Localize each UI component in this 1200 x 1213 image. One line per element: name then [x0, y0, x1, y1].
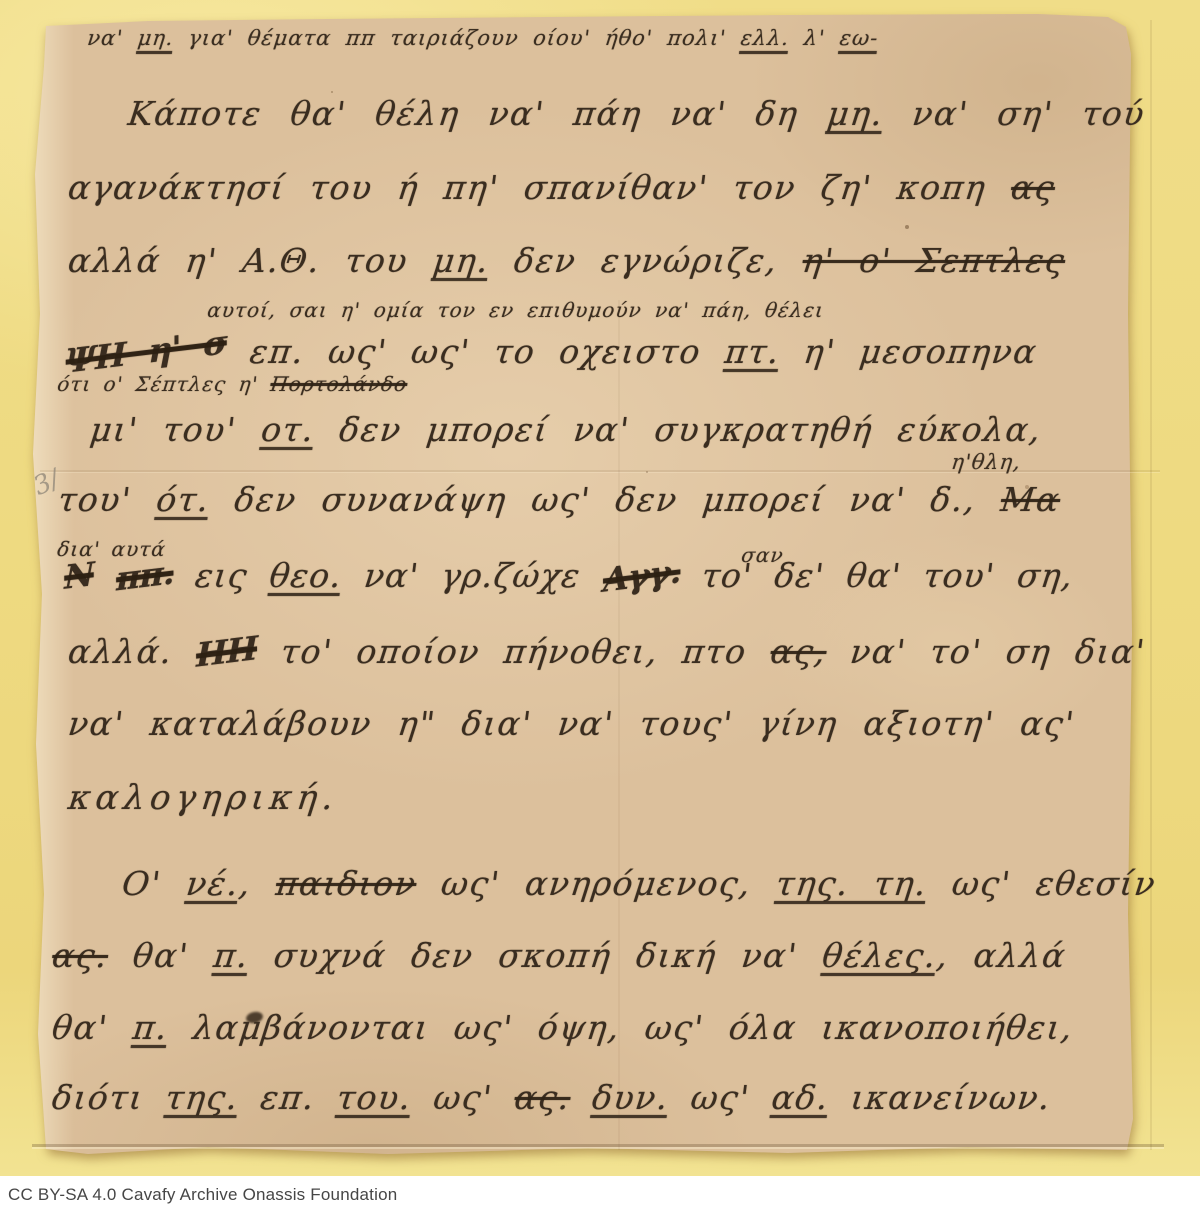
- handwriting-segment: θέλες.: [820, 936, 939, 975]
- handwriting-segment: οτ.: [259, 410, 317, 449]
- handwriting-segment: να' ση' τού: [881, 94, 1147, 133]
- handwriting-segment: ως' ανηρόμενος,: [414, 864, 779, 903]
- handwriting-segment: μη.: [431, 241, 492, 280]
- handwriting-segment: ,: [237, 864, 279, 903]
- handwriting-segment: να' καταλάβουν η" δια' να' τους' γίνη αξ…: [66, 704, 1077, 743]
- handwriting-segment: να' γρ.ζώχε: [340, 556, 606, 595]
- handwriting-layer: να' μη. για' θέματα ππ ταιριάζουν οίου' …: [0, 0, 1200, 1213]
- handwriting-segment: Μα: [999, 480, 1063, 519]
- handwriting-segment: δυν.: [590, 1078, 671, 1117]
- handwriting-segment: ελλ.: [739, 26, 791, 50]
- handwriting-segment: ικανείνων.: [827, 1078, 1054, 1117]
- handwriting-segment: αλλά.: [66, 632, 199, 671]
- manuscript-line: η'θλη,: [950, 450, 1023, 474]
- handwriting-segment: επ. ως' ως' το οχειστο: [224, 332, 728, 371]
- handwriting-segment: Ν: [64, 554, 93, 596]
- handwriting-segment: η'θλη,: [950, 450, 1023, 474]
- manuscript-line: αλλά η' Α.Θ. του μη. δεν εγνώριζε, η' ο'…: [66, 241, 1068, 280]
- handwriting-segment: να' το' ση δια': [824, 632, 1148, 671]
- license-caption-bar: CC BY-SA 4.0 Cavafy Archive Onassis Foun…: [0, 1176, 1200, 1213]
- handwriting-segment: αγανάκτησί του ή πη' σπανίθαν' τον ζη' κ…: [66, 168, 1014, 207]
- manuscript-line: να' καταλάβουν η" δια' να' τους' γίνη αξ…: [66, 704, 1077, 743]
- handwriting-segment: [91, 556, 118, 595]
- handwriting-segment: ας.: [50, 936, 111, 975]
- handwriting-segment: του': [56, 480, 159, 519]
- handwriting-segment: θα': [106, 936, 217, 975]
- handwriting-segment: επ.: [236, 1078, 339, 1117]
- handwriting-segment: της.: [163, 1078, 241, 1117]
- handwriting-segment: ότ.: [154, 480, 212, 519]
- handwriting-segment: μη.: [136, 26, 175, 50]
- manuscript-line: μι' του' οτ. δεν μπορεί να' συγκρατηθή ε…: [88, 410, 1044, 449]
- handwriting-segment: λ': [788, 26, 841, 50]
- handwriting-segment: ότι ο' Σέπτλες η': [56, 372, 272, 396]
- manuscript-line: αλλά. ΗΗ το' οποίον πήνοθει, πτο ας, να'…: [66, 632, 1148, 671]
- manuscript-line: Ο' νέ., παιδιον ως' ανηρόμενος, της. τη.…: [120, 864, 1158, 903]
- manuscript-line: ότι ο' Σέπτλες η' Πορτολάνδο: [56, 372, 409, 396]
- handwriting-segment: αυτοί, σαι η' ομία τον εν επιθυμούν να' …: [206, 298, 826, 322]
- handwriting-segment: λαμβάνονται ως' όψη, ως' όλα ικανοποιήθε…: [166, 1008, 1076, 1047]
- handwriting-segment: ως': [667, 1078, 775, 1117]
- handwriting-segment: δεν εγνώριζε,: [487, 241, 805, 280]
- handwriting-segment: διότι: [50, 1078, 168, 1117]
- handwriting-segment: μι' του': [88, 410, 264, 449]
- handwriting-segment: εις: [170, 556, 272, 595]
- handwriting-segment: το' δε' θα' του' ση,: [677, 556, 1075, 595]
- handwriting-segment: ως' εθεσίν: [925, 864, 1159, 903]
- manuscript-photo: 3/ να' μη. για' θέματα ππ ταιριάζουν οίο…: [0, 0, 1200, 1213]
- handwriting-segment: Κάποτε θα' θέλη να' πάη να' δη: [126, 94, 830, 133]
- handwriting-segment: θα': [50, 1008, 136, 1047]
- manuscript-line: αυτοί, σαι η' ομία τον εν επιθυμούν να' …: [206, 298, 826, 322]
- handwriting-segment: της. τη.: [774, 864, 930, 903]
- handwriting-segment: δεν μπορεί να' συγκρατηθή εύκολα,: [312, 410, 1044, 449]
- license-caption-text: CC BY-SA 4.0 Cavafy Archive Onassis Foun…: [8, 1185, 397, 1205]
- handwriting-segment: Ο': [120, 864, 189, 903]
- handwriting-segment: το' οποίον πήνοθει, πτο: [255, 632, 773, 671]
- handwriting-segment: ας: [1009, 168, 1058, 207]
- handwriting-segment: ας,: [768, 632, 829, 671]
- handwriting-segment: για' θέματα ππ ταιριάζουν οίου' ήθο' πολ…: [172, 26, 742, 50]
- handwriting-segment: Αγγ.: [603, 551, 680, 599]
- handwriting-segment: να': [86, 26, 139, 50]
- handwriting-segment: νέ.: [184, 864, 242, 903]
- handwriting-segment: η' ο' Σεπτλες: [800, 241, 1067, 280]
- handwriting-segment: θεο.: [268, 556, 345, 595]
- handwriting-segment: αδ.: [770, 1078, 832, 1117]
- manuscript-line: διότι της. επ. του. ως' ας. δυν. ως' αδ.…: [50, 1078, 1054, 1117]
- manuscript-line: ΨΗ η' σ επ. ως' ως' το οχειστο πτ. η' με…: [64, 332, 1040, 371]
- handwriting-segment: ως': [409, 1078, 517, 1117]
- handwriting-segment: δεν συνανάψη ως' δεν μπορεί να' δ.,: [207, 480, 1003, 519]
- manuscript-line: Κάποτε θα' θέλη να' πάη να' δη μη. να' σ…: [126, 94, 1148, 133]
- handwriting-segment: πτ.: [723, 332, 783, 371]
- handwriting-segment: παιδιον: [274, 864, 419, 903]
- handwriting-segment: η' μεσοπηνα: [778, 332, 1040, 371]
- handwriting-segment: ππ.: [116, 553, 173, 599]
- manuscript-line: καλογηρική.: [66, 778, 341, 818]
- manuscript-line: του' ότ. δεν συνανάψη ως' δεν μπορεί να'…: [56, 480, 1063, 519]
- handwriting-segment: εω-: [838, 26, 879, 50]
- manuscript-line: θα' π. λαμβάνονται ως' όψη, ως' όλα ικαν…: [50, 1008, 1076, 1047]
- handwriting-segment: συχνά δεν σκοπή δική να': [247, 936, 825, 975]
- handwriting-segment: π.: [131, 1008, 171, 1047]
- handwriting-segment: π.: [211, 936, 251, 975]
- handwriting-segment: αλλά η' Α.Θ. του: [66, 241, 436, 280]
- manuscript-line: να' μη. για' θέματα ππ ταιριάζουν οίου' …: [86, 26, 880, 50]
- manuscript-line: αγανάκτησί του ή πη' σπανίθαν' τον ζη' κ…: [66, 168, 1057, 207]
- handwriting-segment: ΗΗ: [197, 628, 258, 674]
- manuscript-line: ας. θα' π. συχνά δεν σκοπή δική να' θέλε…: [50, 936, 1069, 975]
- handwriting-segment: του.: [335, 1078, 414, 1117]
- handwriting-segment: ας.: [512, 1078, 573, 1117]
- handwriting-segment: μη.: [825, 94, 886, 133]
- manuscript-line: Ν ππ. εις θεο. να' γρ.ζώχε Αγγ. το' δε' …: [62, 556, 1076, 595]
- handwriting-segment: καλογηρική.: [66, 778, 341, 818]
- handwriting-segment: , αλλά: [934, 936, 1068, 975]
- handwriting-segment: Πορτολάνδο: [269, 372, 409, 396]
